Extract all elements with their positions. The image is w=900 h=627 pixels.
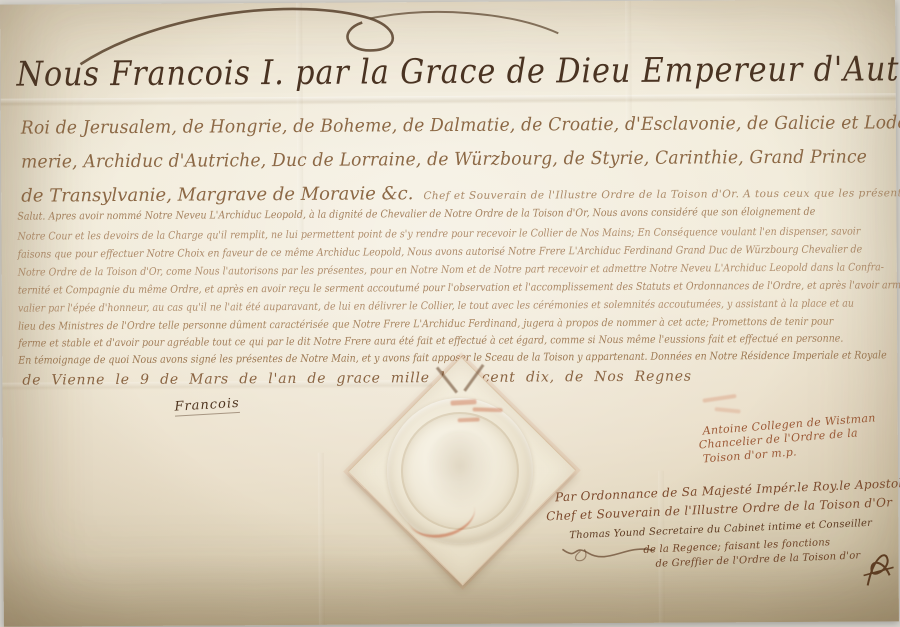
body-line: Salut. Apres avoir nommé Notre Neveu L'A…: [17, 206, 815, 223]
horizontal-fold-crease: [1, 93, 896, 106]
body-line: Notre Ordre de la Toison d'Or, come Nous…: [18, 261, 884, 278]
vertical-fold-crease: [318, 453, 325, 625]
red-stamp-trace: [714, 407, 740, 414]
document-photo: Nous Francois I. par la Grace de Dieu Em…: [0, 0, 900, 627]
paraph-flourish-icon: [859, 547, 897, 591]
emperor-signature: Francois: [174, 396, 240, 417]
parchment-sheet: Nous Francois I. par la Grace de Dieu Em…: [0, 0, 899, 627]
red-stamp-trace: [702, 394, 736, 403]
titles-line-3-large: de Transylvanie, Margrave de Moravie &c.: [21, 183, 413, 206]
royal-titles-line-1: Roi de Jerusalem, de Hongrie, de Boheme,…: [21, 112, 900, 138]
body-line: Notre Cour et les devoirs de la Charge q…: [17, 225, 860, 242]
royal-titles-line-2: merie, Archiduc d'Autriche, Duc de Lorra…: [21, 146, 867, 172]
body-line: lieu des Ministres de l'Ordre telle pers…: [18, 316, 833, 333]
red-stamp-trace: [473, 407, 503, 412]
date-place-line: de Vienne le 9 de Mars de l'an de grace …: [22, 369, 692, 389]
body-line: ternité et Compagnie du même Ordre, et a…: [18, 279, 900, 297]
body-line: faisons que pour effectuer Notre Choix e…: [18, 243, 863, 260]
royal-titles-line-3: de Transylvanie, Margrave de Moravie &c.…: [21, 180, 900, 207]
body-line: valier par l'épée d'honneur, au cas qu'i…: [18, 298, 854, 315]
body-line: ferme et stable et d'avoir pour agréable…: [18, 333, 843, 350]
heading-line: Nous Francois I. par la Grace de Dieu Em…: [16, 49, 900, 95]
titles-line-3-small: Chef et Souverain de l'Illustre Ordre de…: [423, 187, 900, 202]
